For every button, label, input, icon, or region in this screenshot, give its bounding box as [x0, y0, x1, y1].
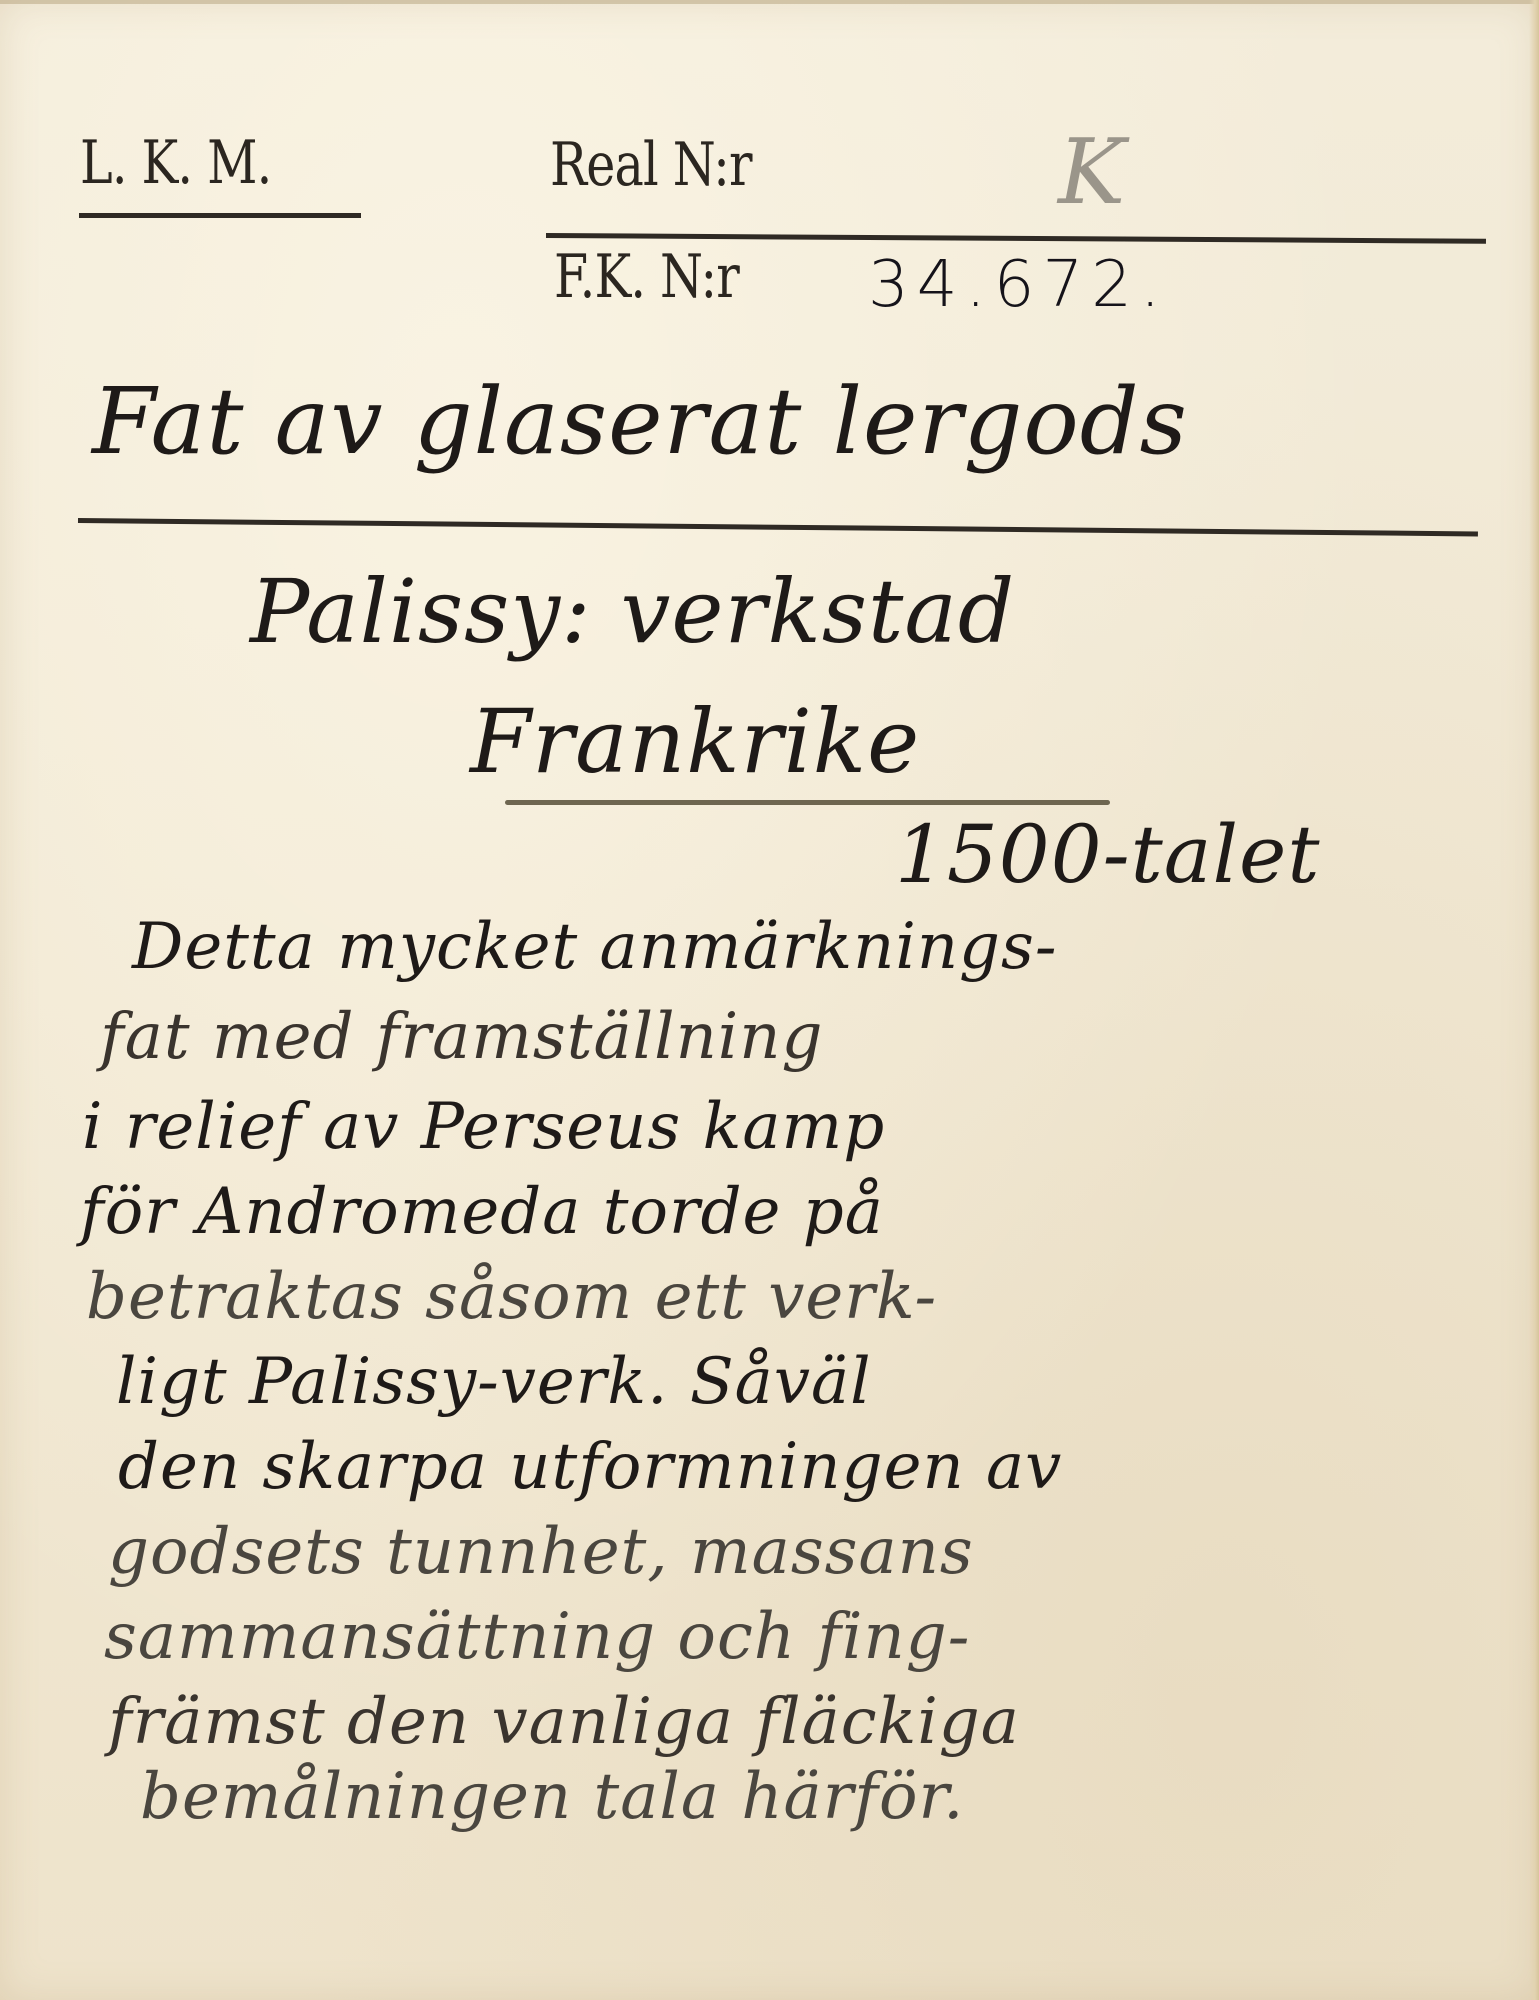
description-line: sammansättning och fing-	[104, 1600, 970, 1674]
object-title: Fat av glaserat lergods	[92, 368, 1188, 475]
object-date: 1500-talet	[895, 808, 1321, 901]
description-line: fat med framställning	[100, 1000, 823, 1074]
object-country: Frankrike	[470, 690, 920, 793]
object-workshop: Palissy: verkstad	[250, 560, 1015, 663]
description-line: främst den vanliga fläckiga	[108, 1685, 1020, 1759]
country-underline	[505, 800, 1110, 805]
paper-edge-right	[1529, 0, 1539, 2000]
fk-nr-value: 34.672.	[868, 248, 1168, 322]
fk-nr-label: F.K. N:r	[554, 242, 739, 312]
description-line: betraktas såsom ett verk-	[86, 1260, 937, 1334]
description-line: för Andromeda torde på	[80, 1175, 884, 1249]
museum-code: L. K. M.	[80, 128, 271, 198]
real-nr-value: K	[1058, 120, 1125, 225]
real-nr-label: Real N:r	[550, 130, 752, 200]
title-rule	[78, 518, 1478, 536]
description-line: ligt Palissy-verk. Såväl	[116, 1345, 872, 1419]
description-line: Detta mycket anmärknings-	[132, 910, 1057, 984]
museum-code-underline	[79, 213, 361, 218]
catalog-card: L. K. M. Real N:r K F.K. N:r 34.672. Fat…	[0, 0, 1539, 2000]
description-line: bemålningen tala härför.	[140, 1760, 964, 1834]
description-line: den skarpa utformningen av	[118, 1430, 1062, 1504]
paper-edge-top	[0, 0, 1539, 4]
description-line: i relief av Perseus kamp	[82, 1090, 885, 1164]
description-line: godsets tunnhet, massans	[108, 1515, 974, 1589]
